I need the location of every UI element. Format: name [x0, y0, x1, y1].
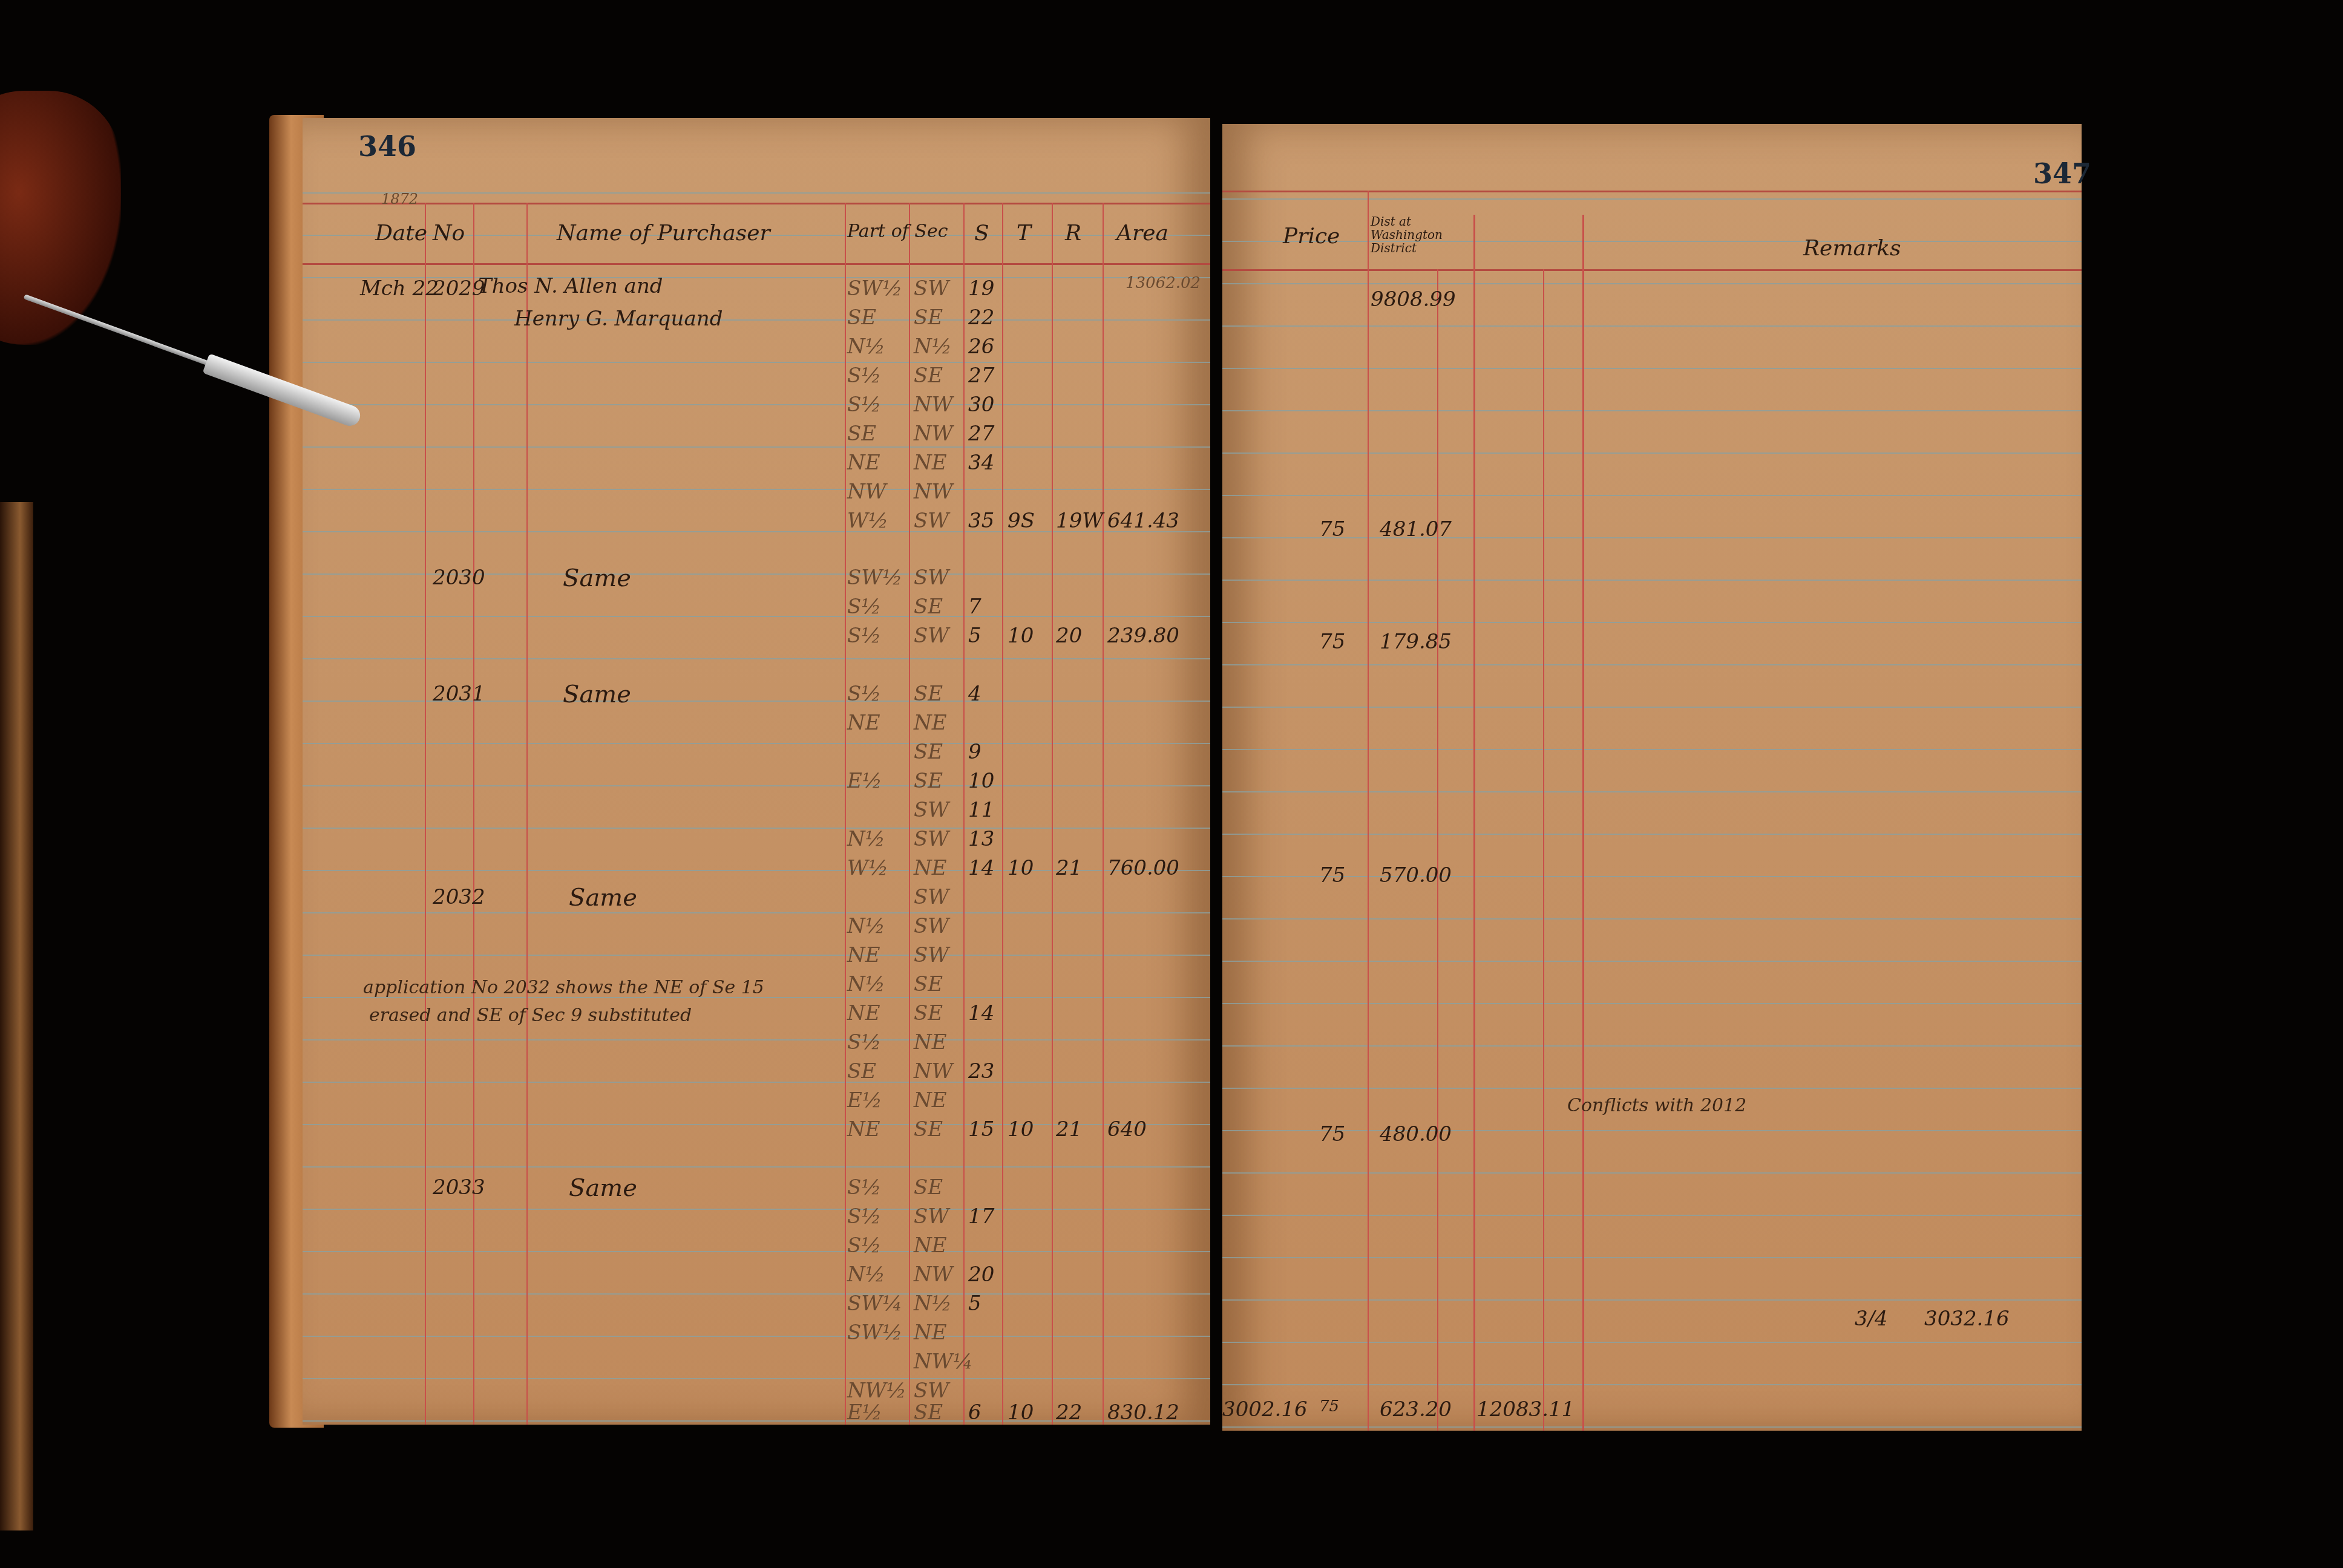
- part-of-sec: S½: [847, 624, 881, 648]
- purchaser-name: Henry G. Marquand: [514, 307, 723, 331]
- part-of-sec: S½: [847, 1175, 881, 1200]
- quarter: SW: [914, 914, 949, 938]
- total-area: 3002.16: [1222, 1397, 1308, 1422]
- column-divider: [1437, 269, 1438, 1431]
- entry-number: 2029: [433, 276, 485, 301]
- section: 17: [968, 1204, 994, 1229]
- ruled-lines: [1222, 124, 2082, 1431]
- part-of-sec: SE: [847, 305, 876, 330]
- area-value: 239.80: [1107, 624, 1179, 648]
- quarter: SE: [914, 740, 943, 764]
- part-of-sec: NW: [847, 480, 886, 504]
- header-date: Date: [375, 221, 427, 246]
- header-r: R: [1065, 221, 1081, 246]
- amount-value: 481.07: [1380, 517, 1452, 541]
- page-number: 346: [358, 130, 416, 163]
- quarter: N½: [914, 1292, 952, 1316]
- quarter: SE: [914, 364, 943, 388]
- quarter: SE: [914, 1400, 943, 1425]
- header-price: Price: [1283, 224, 1340, 249]
- price-value: 75: [1319, 1122, 1345, 1146]
- section: 35: [968, 509, 994, 533]
- column-divider: [1368, 191, 1369, 1431]
- total-amount: 623.20: [1380, 1397, 1452, 1422]
- section: 5: [968, 624, 981, 648]
- part-of-sec: SW½: [847, 1321, 902, 1345]
- part-of-sec: SE: [847, 1059, 876, 1083]
- part-of-sec: NE: [847, 1117, 880, 1142]
- quarter: NW: [914, 422, 953, 446]
- range: 19W: [1056, 509, 1103, 533]
- part-of-sec: SW½: [847, 566, 902, 590]
- quarter: SE: [914, 769, 943, 793]
- column-divider: [909, 203, 910, 1425]
- section: 9: [968, 740, 981, 764]
- part-of-sec: S½: [847, 682, 881, 706]
- column-divider: [473, 203, 474, 1425]
- part-of-sec: NE: [847, 1001, 880, 1025]
- area-value: 641.43: [1107, 509, 1179, 533]
- part-of-sec: N½: [847, 827, 885, 851]
- part-of-sec: SE: [847, 422, 876, 446]
- price-value: 75: [1319, 630, 1345, 654]
- quarter: NW¼: [914, 1350, 973, 1374]
- remark-conflict: Conflicts with 2012: [1567, 1095, 1746, 1116]
- header-rule-top: [303, 203, 1210, 204]
- column-divider: [845, 203, 846, 1425]
- quarter: SW: [914, 885, 949, 909]
- part-of-sec: NE: [847, 943, 880, 967]
- quarter: N½: [914, 335, 952, 359]
- township: 10: [1008, 856, 1034, 880]
- part-of-sec: E½: [847, 1088, 882, 1112]
- section: 30: [968, 393, 994, 417]
- quarter: NE: [914, 711, 947, 735]
- part-of-sec: S½: [847, 1233, 881, 1258]
- section: 15: [968, 1117, 994, 1142]
- quarter: SW: [914, 624, 949, 648]
- quarter: NE: [914, 1088, 947, 1112]
- part-of-sec: SW¼: [847, 1292, 902, 1316]
- column-divider: [1002, 203, 1003, 1425]
- section: 26: [968, 335, 994, 359]
- footnote-fraction: 3/4: [1855, 1307, 1888, 1331]
- area-value: 760.00: [1107, 856, 1179, 880]
- header-no: No: [433, 221, 465, 246]
- section: 14: [968, 856, 994, 880]
- quarter: SE: [914, 682, 943, 706]
- quarter: SW: [914, 1379, 949, 1403]
- section: 10: [968, 769, 994, 793]
- quarter: SW: [914, 1204, 949, 1229]
- part-of-sec: N½: [847, 1263, 885, 1287]
- header-remarks: Remarks: [1803, 236, 1901, 261]
- part-of-sec: S½: [847, 393, 881, 417]
- part-of-sec: N½: [847, 914, 885, 938]
- annotation-note: application No 2032 shows the NE of Se 1…: [363, 977, 764, 998]
- purchaser-name: Same: [563, 681, 631, 708]
- header-area: Area: [1116, 221, 1168, 246]
- total-price: 75: [1319, 1397, 1339, 1416]
- section: 27: [968, 364, 994, 388]
- quarter: NW: [914, 393, 953, 417]
- part-of-sec: W½: [847, 856, 888, 880]
- part-of-sec: N½: [847, 335, 885, 359]
- section: 7: [968, 595, 981, 619]
- page-number: 347: [2033, 157, 2091, 190]
- quarter: NE: [914, 1030, 947, 1054]
- part-of-sec: NW½: [847, 1379, 906, 1403]
- range: 21: [1056, 1117, 1082, 1142]
- header-name-of-purchaser: Name of Purchaser: [557, 221, 770, 246]
- header-rule-top: [1222, 191, 2082, 192]
- amount-value: 179.85: [1380, 630, 1452, 654]
- part-of-sec: SW½: [847, 276, 902, 301]
- quarter: NW: [914, 1263, 953, 1287]
- header-part-of-sec: Part of Sec: [847, 221, 948, 242]
- annotation-note: erased and SE of Sec 9 substituted: [369, 1005, 692, 1026]
- quarter: SW: [914, 276, 949, 301]
- quarter: SE: [914, 595, 943, 619]
- township: 10: [1008, 624, 1034, 648]
- entry-number: 2030: [433, 566, 485, 590]
- section: 6: [968, 1400, 981, 1425]
- header-rule-bottom: [303, 263, 1210, 265]
- header-rule-bottom: [1222, 269, 2082, 271]
- quarter: NW: [914, 480, 953, 504]
- header-district: Dist at Washington District: [1371, 215, 1467, 255]
- column-divider: [1052, 203, 1053, 1425]
- column-divider: [1543, 269, 1544, 1431]
- column-divider: [1582, 215, 1584, 1431]
- quarter: SE: [914, 1175, 943, 1200]
- area-value: 640: [1107, 1117, 1147, 1142]
- township: 9S: [1008, 509, 1035, 533]
- entry-number: 2032: [433, 885, 485, 909]
- part-of-sec: N½: [847, 972, 885, 996]
- section: 27: [968, 422, 994, 446]
- range: 20: [1056, 624, 1082, 648]
- entry-number: 2033: [433, 1175, 485, 1200]
- entry-date: Mch 22: [360, 276, 439, 301]
- quarter: SW: [914, 509, 949, 533]
- column-divider: [1473, 215, 1475, 1431]
- left-page: 346 1872 Date No Name of Purchaser Part …: [303, 118, 1210, 1425]
- part-of-sec: E½: [847, 1400, 882, 1425]
- section: 14: [968, 1001, 994, 1025]
- part-of-sec: S½: [847, 1204, 881, 1229]
- range: 21: [1056, 856, 1082, 880]
- amount-value: 480.00: [1380, 1122, 1452, 1146]
- part-of-sec: S½: [847, 595, 881, 619]
- quarter: NE: [914, 1233, 947, 1258]
- purchaser-name: Thos N. Allen and: [478, 274, 663, 298]
- part-of-sec: E½: [847, 769, 882, 793]
- township: 10: [1008, 1400, 1034, 1425]
- quarter: SW: [914, 943, 949, 967]
- part-of-sec: S½: [847, 364, 881, 388]
- adjacent-volume-edge: [0, 502, 33, 1530]
- section: 13: [968, 827, 994, 851]
- part-of-sec: NE: [847, 451, 880, 475]
- quarter: SE: [914, 305, 943, 330]
- section: 20: [968, 1263, 994, 1287]
- price-value: 75: [1319, 517, 1345, 541]
- quarter: NW: [914, 1059, 953, 1083]
- part-of-sec: S½: [847, 1030, 881, 1054]
- year-label: 1872: [381, 191, 418, 207]
- quarter: SW: [914, 798, 949, 822]
- column-divider: [1103, 203, 1104, 1425]
- quarter: NE: [914, 1321, 947, 1345]
- amount-value: 570.00: [1380, 863, 1452, 887]
- part-of-sec: W½: [847, 509, 888, 533]
- column-divider: [425, 203, 426, 1425]
- part-of-sec: NE: [847, 711, 880, 735]
- quarter: SW: [914, 827, 949, 851]
- header-s: S: [974, 221, 989, 246]
- quarter: SE: [914, 972, 943, 996]
- quarter: SW: [914, 566, 949, 590]
- price-value: 75: [1319, 863, 1345, 887]
- quarter: SE: [914, 1001, 943, 1025]
- district-amount: 9808.99: [1371, 287, 1456, 312]
- column-divider: [526, 203, 528, 1425]
- section: 11: [968, 798, 994, 822]
- quarter: NE: [914, 451, 947, 475]
- header-t: T: [1017, 221, 1031, 246]
- purchaser-name: Same: [563, 564, 631, 592]
- township: 10: [1008, 1117, 1034, 1142]
- ruled-lines: [303, 118, 1210, 1425]
- right-page: 347 Price Dist at Washington District Re…: [1222, 124, 2082, 1431]
- purchaser-name: Same: [569, 884, 637, 912]
- district-total: 12083.11: [1476, 1397, 1575, 1422]
- section: 5: [968, 1292, 981, 1316]
- section: 23: [968, 1059, 994, 1083]
- footnote-value: 3032.16: [1924, 1307, 2010, 1331]
- purchaser-name: Same: [569, 1174, 637, 1202]
- column-divider: [963, 203, 965, 1425]
- quarter: SE: [914, 1117, 943, 1142]
- area-value: 13062.02: [1126, 274, 1201, 292]
- quarter: NE: [914, 856, 947, 880]
- area-value: 830.12: [1107, 1400, 1179, 1425]
- section: 19: [968, 276, 994, 301]
- range: 22: [1056, 1400, 1082, 1425]
- entry-number: 2031: [433, 682, 485, 706]
- section: 34: [968, 451, 994, 475]
- section: 22: [968, 305, 994, 330]
- section: 4: [968, 682, 981, 706]
